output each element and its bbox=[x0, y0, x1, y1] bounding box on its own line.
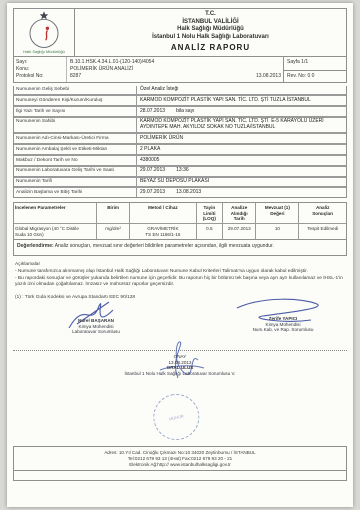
remark-item: - Bu rapordaki sonuçlar ve görüşler yuka… bbox=[15, 276, 345, 288]
col-metod: Metod / Cihaz bbox=[130, 203, 196, 223]
row-value: 2 PLAKA bbox=[137, 145, 346, 154]
analysis-header-row: İncelenen Parametreler Birim Metod / Cih… bbox=[14, 203, 346, 223]
sample-info-table: Numunenin Geliş Sebebi Özel Analiz İsteğ… bbox=[13, 86, 347, 199]
protokol-label: Protokol No: bbox=[16, 73, 64, 80]
konu-label: Konu: bbox=[16, 66, 64, 73]
row-label: Makbuz / Dekont Tarih ve No bbox=[14, 156, 137, 165]
footer-empty-box bbox=[13, 471, 347, 481]
row-value: 4380005 bbox=[137, 156, 346, 165]
row-value: 28.07.2013 bila sayı bbox=[137, 107, 346, 116]
row-label: Numunenin Sahibi bbox=[14, 118, 137, 133]
row-value: Özel Analiz İsteği bbox=[137, 86, 346, 95]
row-value: 29.07.2013 13.08.2013 bbox=[137, 188, 346, 197]
cell-birim: mg/dm² bbox=[97, 223, 130, 239]
evaluation-label: Değerlendirme: bbox=[17, 243, 54, 249]
table-row: Numunenin Ambalaj Şekli ve Etiketi-Mikta… bbox=[14, 144, 346, 155]
revision-number: Rev. No: 0 0 bbox=[284, 71, 346, 82]
row-value: BEYAZ SU DEPOSU PLAKASI bbox=[137, 178, 346, 187]
analysis-results-table: İncelenen Parametreler Birim Metod / Cih… bbox=[13, 202, 347, 240]
table-row: Numunenin Geliş Sebebi Özel Analiz İsteğ… bbox=[14, 86, 346, 96]
col-parametre: İncelenen Parametreler bbox=[14, 203, 97, 223]
logo-caption: Halk Sağlığı Müdürlüğü bbox=[23, 50, 65, 55]
cell-parametre: Global Migrasyon (40 °C Distile Suda 10 … bbox=[14, 223, 97, 239]
row-value: 29.07.2013 13:36 bbox=[137, 167, 346, 176]
row-label: Numunenin Adı-Cinsi-Markası-Üretici Firm… bbox=[14, 134, 137, 143]
table-row: Analizin Başlama ve Bitiş Tarihi 29.07.2… bbox=[14, 187, 346, 197]
col-sonuc: Analiz Sonuçları bbox=[299, 203, 345, 223]
konu-value: POLİMERİK ÜRÜN ANALİZİ bbox=[70, 66, 280, 73]
evaluation-box: Değerlendirme: Analiz sonuçları, mevzuat… bbox=[13, 240, 347, 256]
protokol-value: 8287 bbox=[70, 73, 280, 80]
meta-labels: Sayı: Konu: Protokol No: bbox=[14, 57, 67, 82]
regulation-footnote: (1) : Türk Gıda Kodeksi ve Avrupa Standa… bbox=[13, 295, 347, 300]
col-analiz-tarihi: Analize Alındığı Tarih bbox=[223, 203, 256, 223]
remarks-section: Açıklamalar - Numune tarafımızca alınmam… bbox=[13, 262, 347, 287]
report-date: 13.08.2013 bbox=[256, 73, 281, 80]
evaluation-text: Analiz sonuçları, mevzuat sınır değerler… bbox=[54, 243, 274, 249]
cell-mevzuat: 10 bbox=[256, 223, 299, 239]
row-value: POLİMERİK ÜRÜN bbox=[137, 134, 346, 143]
row-label: Numunenin Tarifi bbox=[14, 178, 137, 187]
sayi-label: Sayı: bbox=[16, 59, 64, 66]
signature-right: Zerife YAPICI Kimya Mühendisi Num.Kab. v… bbox=[233, 316, 333, 332]
signature-area: Nurel BAŞARAN Kimya Mühendisi Laboratuva… bbox=[13, 306, 347, 444]
ministry-logo: Halk Sağlığı Müdürlüğü bbox=[14, 9, 75, 56]
table-row: Numunenin Laboratuvara Geliş Tarihi ve S… bbox=[14, 166, 346, 177]
header-laboratuvar: İstanbul 1 Nolu Halk Sağlığı Laboratuvar… bbox=[75, 34, 346, 42]
remarks-title: Açıklamalar bbox=[15, 262, 345, 268]
report-header: Halk Sağlığı Müdürlüğü T.C. İSTANBUL VAL… bbox=[13, 8, 347, 57]
header-mudurluk: Halk Sağlığı Müdürlüğü bbox=[75, 26, 346, 34]
header-titles: T.C. İSTANBUL VALİLİĞİ Halk Sağlığı Müdü… bbox=[75, 9, 346, 56]
row-label: Numunenin Ambalaj Şekli ve Etiketi-Mikta… bbox=[14, 145, 137, 154]
row-label: Numunenin Laboratuvara Geliş Tarihi ve S… bbox=[14, 167, 137, 176]
round-stamp: MÜHÜR bbox=[149, 390, 204, 445]
meta-values: B.10.1.HSK.4.34.L.01-(120-140)/4054 POLİ… bbox=[67, 57, 283, 82]
col-mevzuat: Mevzuat (1) Değeri bbox=[256, 203, 299, 223]
page-number: Sayfa 1/1 bbox=[284, 57, 346, 71]
table-row: İlgi Yazı Tarih ve Sayısı 28.07.2013 bil… bbox=[14, 106, 346, 117]
footer-web: Elektronik Ağ:http:// www.istanbulhalksa… bbox=[16, 462, 344, 468]
stamp-text: MÜHÜR bbox=[169, 413, 185, 421]
table-row: Numunenin Adı-Cinsi-Markası-Üretici Firm… bbox=[14, 133, 346, 144]
cell-metod: GRAVİMETRİK TS EN 1186/1-15 bbox=[130, 223, 196, 239]
row-value: KARMOD KOMPOZİT PLASTİK YAPI SAN. TİC. L… bbox=[137, 96, 346, 105]
col-tayin-limiti: Tayin Limiti (LOQ) bbox=[197, 203, 224, 223]
table-row: Makbuz / Dekont Tarih ve No 4380005 bbox=[14, 155, 346, 166]
analysis-data-row: Global Migrasyon (40 °C Distile Suda 10 … bbox=[14, 223, 346, 239]
header-tc: T.C. bbox=[75, 11, 346, 19]
meta-section: Sayı: Konu: Protokol No: B.10.1.HSK.4.34… bbox=[13, 57, 347, 83]
row-label: İlgi Yazı Tarih ve Sayısı bbox=[14, 107, 137, 116]
row-label: Numuneyi Gönderen Kişi/Kurum/Kuruluş bbox=[14, 96, 137, 105]
sayi-value: B.10.1.HSK.4.34.L.01-(120-140)/4054 bbox=[70, 59, 280, 66]
col-birim: Birim bbox=[97, 203, 130, 223]
crescent-star-logo-icon bbox=[27, 11, 61, 49]
table-row: Numunenin Tarifi BEYAZ SU DEPOSU PLAKASI bbox=[14, 177, 346, 188]
approval-block: ONAY 13.08.2013 ORAL ULUS İstanbul 1 Nol… bbox=[90, 354, 270, 376]
divider bbox=[13, 350, 347, 351]
cell-sonuc: Tespit Edilmedi bbox=[299, 223, 345, 239]
row-label: Numunenin Geliş Sebebi bbox=[14, 86, 137, 95]
table-row: Numunenin Sahibi KARMOD KOMPOZİT PLASTİK… bbox=[14, 117, 346, 134]
meta-right: Sayfa 1/1 Rev. No: 0 0 bbox=[283, 57, 346, 82]
cell-tayin-limiti: 0.5 bbox=[197, 223, 224, 239]
report-page: Halk Sağlığı Müdürlüğü T.C. İSTANBUL VAL… bbox=[7, 3, 353, 507]
approver-title: İstanbul 1 Nolu Halk Sağlığı Laboratuvar… bbox=[90, 371, 270, 376]
report-title: ANALİZ RAPORU bbox=[75, 43, 346, 52]
signer-role: Laboratuvar Sorumlusu bbox=[51, 329, 141, 334]
signature-left: Nurel BAŞARAN Kimya Mühendisi Laboratuva… bbox=[51, 318, 141, 334]
header-valilik: İSTANBUL VALİLİĞİ bbox=[75, 19, 346, 27]
row-value: KARMOD KOMPOZİT PLASTİK YAPI SAN. TİC. L… bbox=[137, 118, 346, 133]
row-label: Analizin Başlama ve Bitiş Tarihi bbox=[14, 188, 137, 197]
footer-address-box: Adres: 10.Yıl Cad. Cinoğlu Çıkmazı No:10… bbox=[13, 446, 347, 471]
table-row: Numuneyi Gönderen Kişi/Kurum/Kuruluş KAR… bbox=[14, 95, 346, 106]
remark-item: - Numune tarafımızca alınmamış olup İsta… bbox=[15, 269, 345, 275]
cell-analiz-tarihi: 29.07.2013 bbox=[223, 223, 256, 239]
signer-role: Num.Kab. ve Rap. Sorumlusu bbox=[233, 327, 333, 332]
